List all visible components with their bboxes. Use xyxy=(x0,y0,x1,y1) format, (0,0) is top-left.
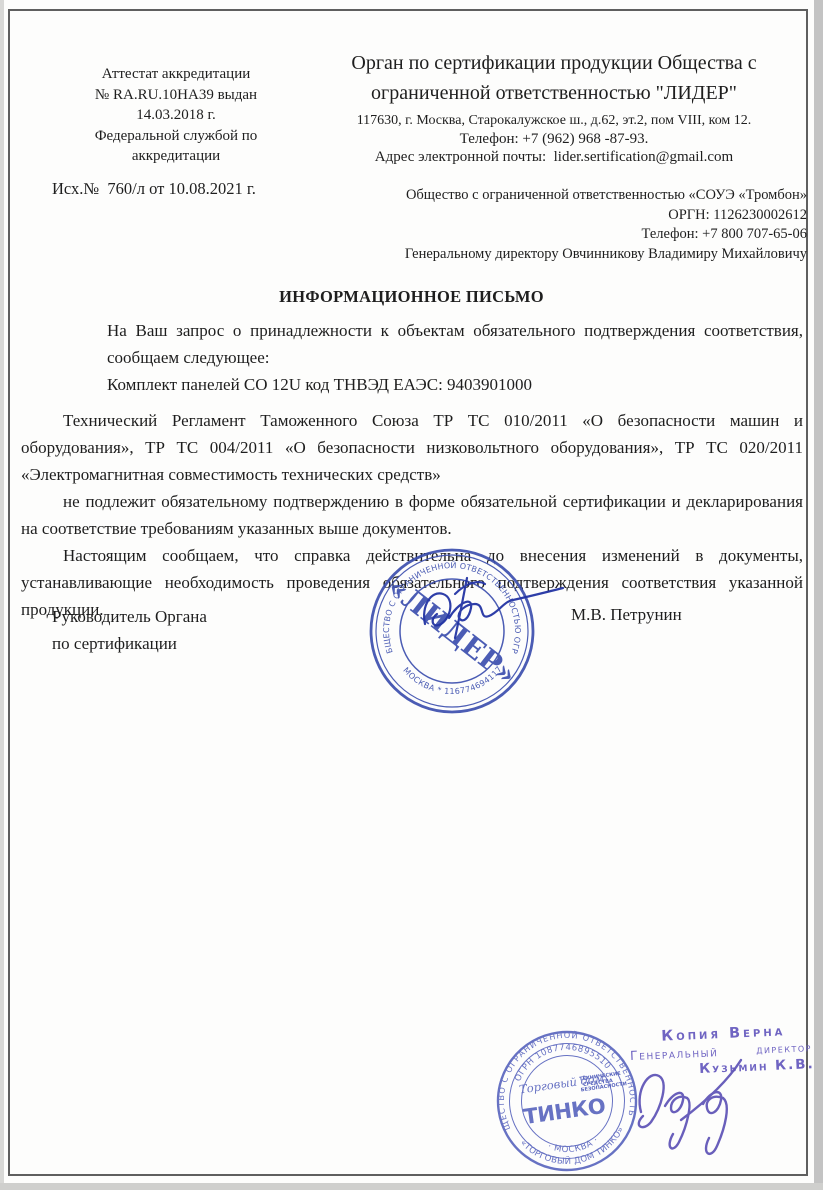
body-paragraph: На Ваш запрос о принадлежности к объекта… xyxy=(107,317,803,371)
recipient-company: Общество с ограниченной ответственностью… xyxy=(247,186,807,206)
org-phone: Телефон: +7 (962) 968 -87-93. xyxy=(298,130,810,148)
recipient-ogrn: ОРГН: 1126230002612 xyxy=(247,206,807,226)
org-title: Орган по сертификации продукции Общества… xyxy=(298,48,810,108)
org-title-line2: ограниченной ответственностью "ЛИДЕР" xyxy=(298,78,810,108)
accreditation-line: № RA.RU.10НА39 выдан xyxy=(68,85,284,106)
tinko-stamp-logo-text: ТИНКО xyxy=(522,1094,607,1129)
signature-kuzmin xyxy=(625,1050,785,1175)
body-paragraph: не подлежит обязательному подтверждению … xyxy=(21,488,803,542)
recipient-person: Генеральному директору Овчинникову Влади… xyxy=(247,245,807,265)
org-address: 117630, г. Москва, Старокалужское ш., д.… xyxy=(298,112,810,130)
signature-petrunin xyxy=(415,572,575,647)
accreditation-line: 14.03.2018 г. xyxy=(68,105,284,126)
document-title: ИНФОРМАЦИОННОЕ ПИСЬМО xyxy=(60,287,763,307)
signatory-role: Руководитель Органа по сертификации xyxy=(52,603,207,657)
accreditation-line: Федеральной службой по xyxy=(68,126,284,147)
accreditation-block: Аттестат аккредитации № RA.RU.10НА39 выд… xyxy=(68,64,284,167)
scan-edge-right xyxy=(814,0,823,1190)
scan-edge-left xyxy=(0,0,4,1190)
accreditation-line: Аттестат аккредитации xyxy=(68,64,284,85)
scan-edge-bottom xyxy=(0,1183,823,1190)
body-paragraph: Технический Регламент Таможенного Союза … xyxy=(21,407,803,488)
outgoing-reference: Исх.№ 760/л от 10.08.2021 г. xyxy=(52,179,256,199)
signatory-role-line1: Руководитель Органа xyxy=(52,603,207,630)
signatory-role-line2: по сертификации xyxy=(52,630,207,657)
scanned-letter-page: Аттестат аккредитации № RA.RU.10НА39 выд… xyxy=(0,0,823,1190)
org-email: Адрес электронной почты: lider.sertifica… xyxy=(298,148,810,166)
body-paragraph: Комплект панелей СО 12U код ТНВЭД ЕАЭС: … xyxy=(107,371,803,398)
recipient-block: Общество с ограниченной ответственностью… xyxy=(247,186,807,264)
signatory-name: М.В. Петрунин xyxy=(571,605,682,625)
accreditation-line: аккредитации xyxy=(68,146,284,167)
org-title-line1: Орган по сертификации продукции Общества… xyxy=(298,48,810,78)
recipient-phone: Телефон: +7 800 707-65-06 xyxy=(247,225,807,245)
org-header: Орган по сертификации продукции Общества… xyxy=(298,48,810,166)
